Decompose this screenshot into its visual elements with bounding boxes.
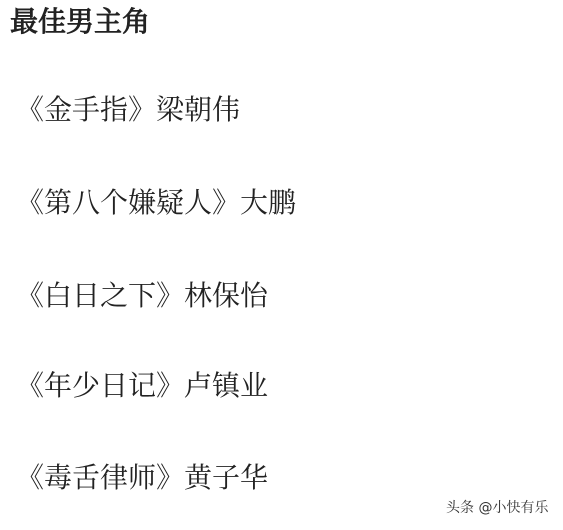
nominee-entry: 《年少日记》卢镇业 bbox=[16, 366, 268, 406]
nominee-entry: 《第八个嫌疑人》大鹏 bbox=[16, 183, 296, 223]
nominee-entry: 《白日之下》林保怡 bbox=[16, 276, 268, 316]
section-title: 最佳男主角 bbox=[10, 2, 150, 42]
watermark: 头条 @小快有乐 bbox=[446, 498, 548, 518]
nominee-entry: 《毒舌律师》黄子华 bbox=[16, 458, 268, 498]
nominee-entry: 《金手指》梁朝伟 bbox=[16, 90, 240, 130]
